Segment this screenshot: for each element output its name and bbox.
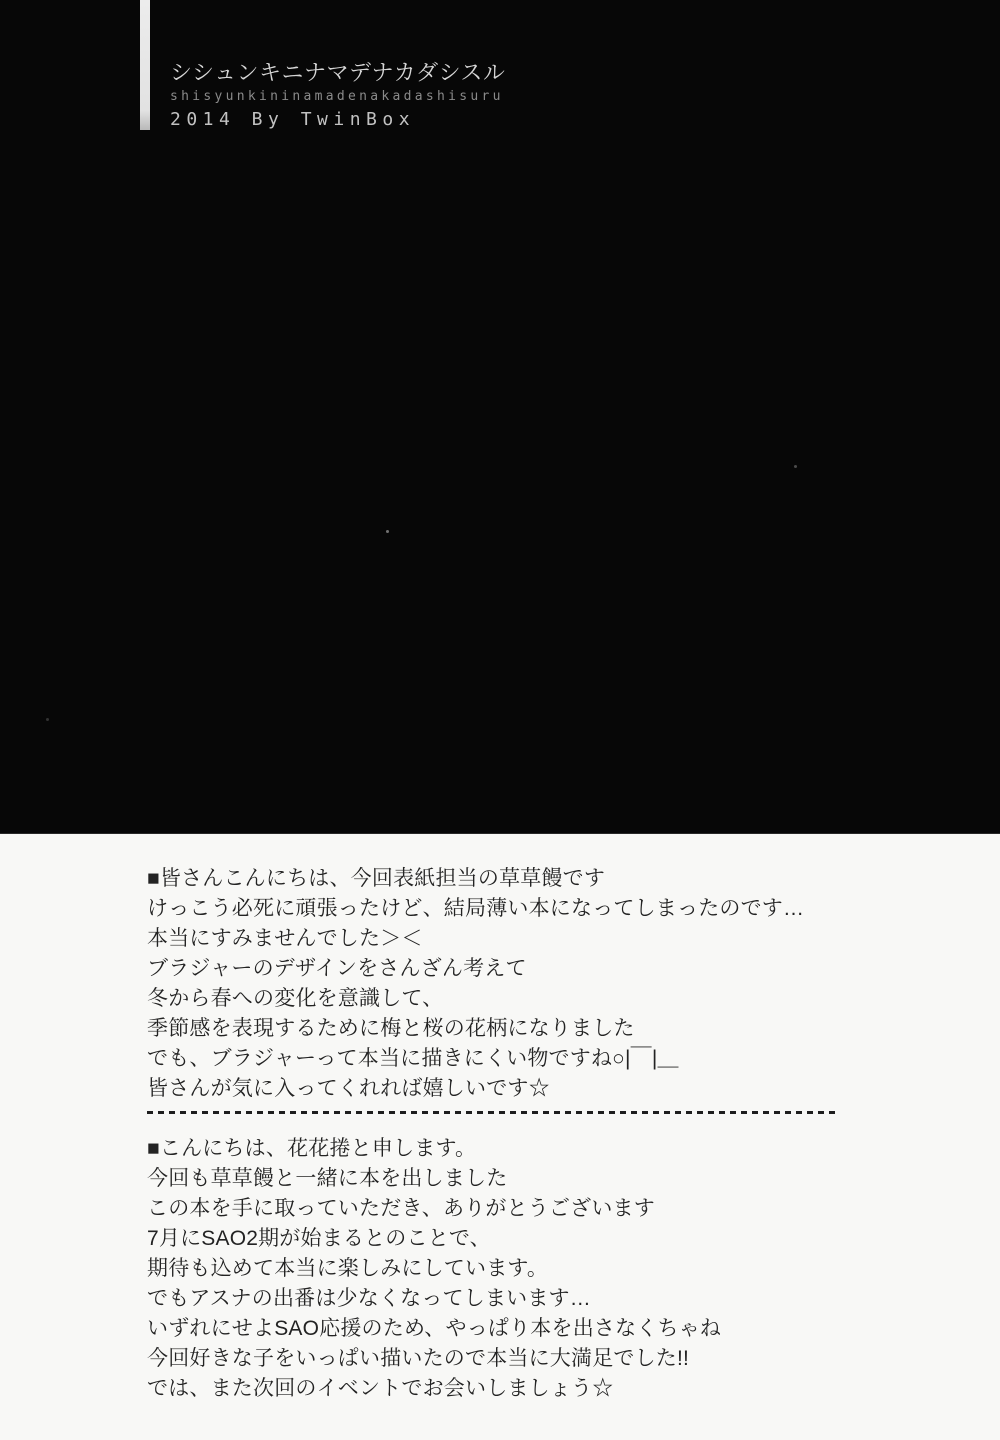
- afterword-line: 今回好きな子をいっぱい描いたので本当に大満足でした!!: [147, 1344, 721, 1374]
- title-romaji: shisyunkininamadenakadashisuru: [170, 89, 505, 105]
- cover-black-panel: シシュンキニナマデナカダシスル shisyunkininamadenakadas…: [0, 0, 1000, 834]
- dust-speck: [386, 530, 389, 533]
- afterword-line: けっこう必死に頑張ったけど、結局薄い本になってしまったのです…: [147, 894, 804, 924]
- afterword-block-2: ■こんにちは、花花捲と申します。 今回も草草饅と一緒に本を出しました この本を手…: [147, 1134, 721, 1404]
- title-katakana: シシュンキニナマデナカダシスル: [170, 60, 505, 86]
- afterword-line: 皆さんが気に入ってくれれば嬉しいです☆: [147, 1074, 804, 1104]
- afterword-line: 冬から春への変化を意識して、: [147, 984, 804, 1014]
- afterword-line: 季節感を表現するために梅と桜の花柄になりました: [147, 1014, 804, 1044]
- afterword-line: では、また次回のイベントでお会いしましょう☆: [147, 1374, 721, 1404]
- afterword-line: 期待も込めて本当に楽しみにしています。: [147, 1254, 721, 1284]
- afterword-line: 本当にすみませんでした＞＜: [147, 924, 804, 954]
- title-credit: 2014 By TwinBox: [170, 109, 505, 130]
- afterword-block-1: ■皆さんこんにちは、今回表紙担当の草草饅です けっこう必死に頑張ったけど、結局薄…: [147, 864, 804, 1104]
- afterword-line: 7月にSAO2期が始まるとのことで、: [147, 1224, 721, 1254]
- afterword-line: ブラジャーのデザインをさんざん考えて: [147, 954, 804, 984]
- afterword-line: でもアスナの出番は少なくなってしまいます…: [147, 1284, 721, 1314]
- afterword-panel: ■皆さんこんにちは、今回表紙担当の草草饅です けっこう必死に頑張ったけど、結局薄…: [0, 834, 1000, 1440]
- title-block: シシュンキニナマデナカダシスル shisyunkininamadenakadas…: [170, 60, 505, 130]
- dust-speck: [794, 465, 797, 468]
- dashed-divider: [147, 1111, 837, 1114]
- afterword-line: この本を手に取っていただき、ありがとうございます: [147, 1194, 721, 1224]
- dust-speck: [46, 718, 49, 721]
- afterword-line: ■皆さんこんにちは、今回表紙担当の草草饅です: [147, 864, 804, 894]
- doujin-afterword-page: シシュンキニナマデナカダシスル shisyunkininamadenakadas…: [0, 0, 1000, 1440]
- accent-bar: [140, 0, 150, 130]
- afterword-line: 今回も草草饅と一緒に本を出しました: [147, 1164, 721, 1194]
- afterword-line: いずれにせよSAO応援のため、やっぱり本を出さなくちゃね: [147, 1314, 721, 1344]
- afterword-line: でも、ブラジャーって本当に描きにくい物ですね○|￣|＿: [147, 1044, 804, 1074]
- afterword-line: ■こんにちは、花花捲と申します。: [147, 1134, 721, 1164]
